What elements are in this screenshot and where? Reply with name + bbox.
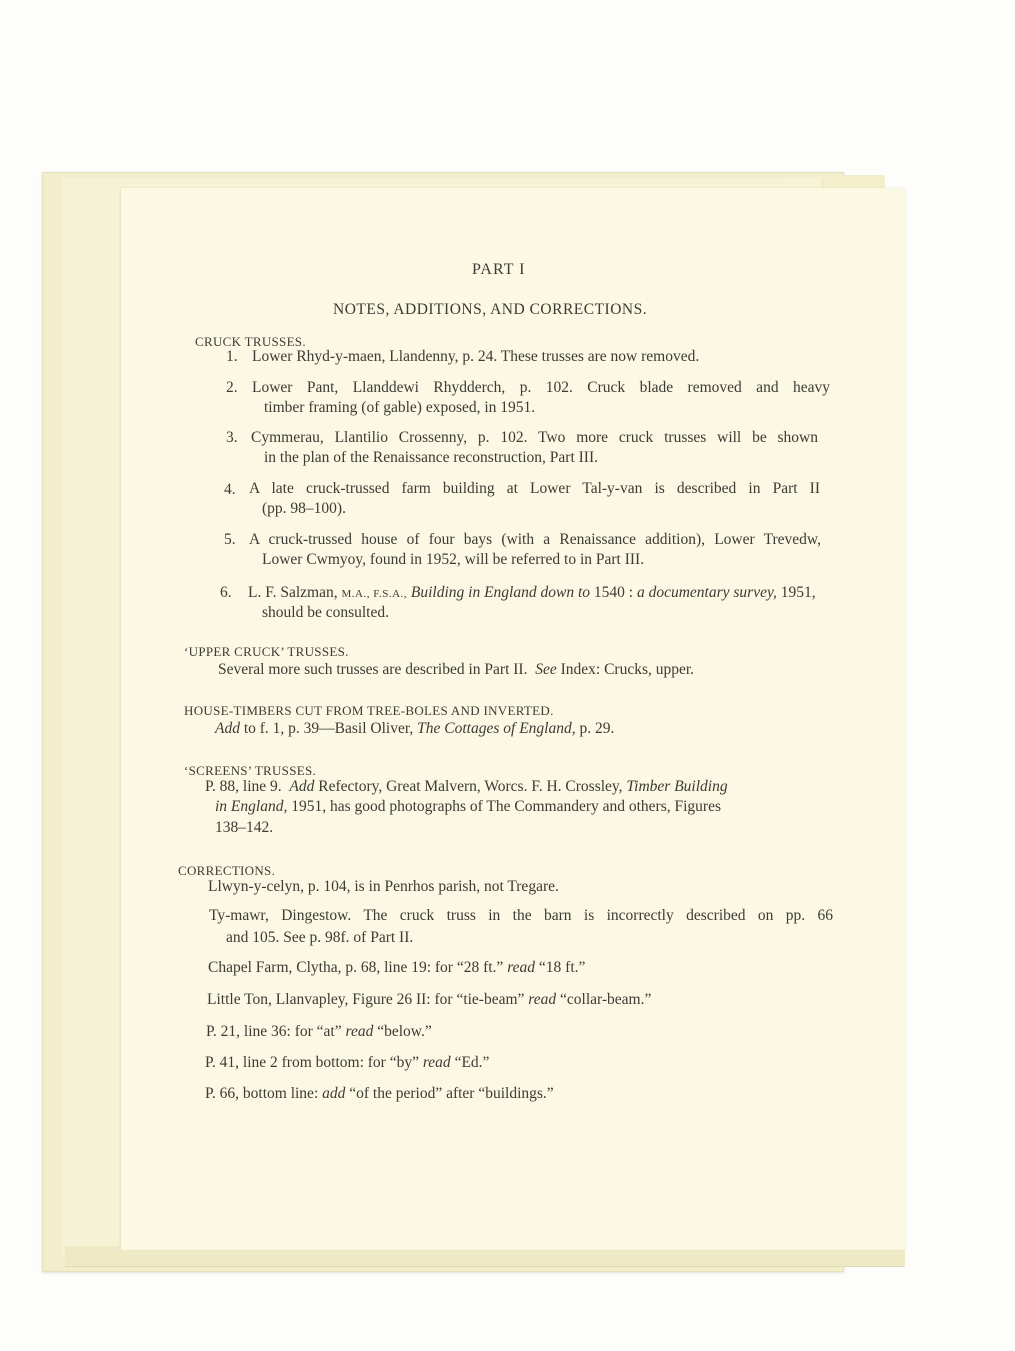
section-text: Several more such trusses are described … <box>218 660 694 680</box>
page-content: PART I NOTES, ADDITIONS, AND CORRECTIONS… <box>0 0 1015 1351</box>
item-number: 2. <box>226 378 238 398</box>
section-text: 138–142. <box>215 818 273 838</box>
item-text: (pp. 98–100). <box>262 499 346 519</box>
item-number: 1. <box>226 347 238 367</box>
text: and 105. See p. 98f. of Part II. <box>226 928 413 948</box>
section-text: in England, 1951, has good photographs o… <box>215 797 721 817</box>
text: “of the period” after “buildings.” <box>349 1085 553 1102</box>
correction-entry: Little Ton, Llanvapley, Figure 26 II: fo… <box>207 990 651 1010</box>
section-text: P. 88, line 9. Add Refectory, Great Malv… <box>205 777 728 797</box>
text: Several more such trusses are described … <box>218 661 527 678</box>
item-text: should be consulted. <box>262 603 389 623</box>
text: P. 41, line 2 from bottom: for “by” <box>205 1054 419 1071</box>
read-label: read <box>423 1054 451 1071</box>
item-text: Lower Cwmyoy, found in 1952, will be ref… <box>262 550 644 570</box>
correction-entry: Llwyn-y-celyn, p. 104, is in Penrhos par… <box>208 877 559 897</box>
item-text: A late cruck-trussed farm building at Lo… <box>249 479 820 499</box>
year-text: 1951, <box>781 584 816 601</box>
item-number: 3. <box>226 428 238 448</box>
item-text: timber framing (of gable) exposed, in 19… <box>264 398 535 418</box>
book-title: The Cottages of England, <box>417 720 575 737</box>
item-text: A cruck-trussed house of four bays (with… <box>249 530 821 550</box>
book-title: Timber Building <box>626 778 727 795</box>
text: to f. 1, p. 39—Basil Oliver, <box>244 720 413 737</box>
item-number: 6. <box>220 583 232 603</box>
section-heading-upper-cruck: ‘UPPER CRUCK’ TRUSSES. <box>184 642 349 662</box>
author-degrees: M.A., F.S.A., <box>341 588 407 600</box>
text: Index: Crucks, upper. <box>561 661 694 678</box>
page-title: NOTES, ADDITIONS, AND CORRECTIONS. <box>333 300 647 320</box>
text: Chapel Farm, Clytha, p. 68, line 19: for… <box>208 959 503 976</box>
read-label: read <box>507 959 535 976</box>
section-heading-house-timbers: HOUSE-TIMBERS CUT FROM TREE-BOLES AND IN… <box>184 701 554 721</box>
item-text: Lower Rhyd-y-maen, Llandenny, p. 24. The… <box>252 347 699 367</box>
text: “below.” <box>377 1023 432 1040</box>
year-text: 1540 : <box>594 584 633 601</box>
item-text: Cymmerau, Llantilio Crossenny, p. 102. T… <box>251 428 818 448</box>
add-label: Add <box>215 720 240 737</box>
text: P. 66, bottom line: <box>205 1085 318 1102</box>
book-title: in England, <box>215 798 287 815</box>
see-reference: See <box>535 661 557 678</box>
correction-entry: P. 66, bottom line: add “of the period” … <box>205 1084 554 1104</box>
text: “18 ft.” <box>539 959 585 976</box>
book-subtitle: a documentary survey, <box>637 584 777 601</box>
text: “Ed.” <box>455 1054 490 1071</box>
section-text: Add to f. 1, p. 39—Basil Oliver, The Cot… <box>215 719 614 739</box>
correction-entry: P. 41, line 2 from bottom: for “by” read… <box>205 1053 489 1073</box>
text: p. 29. <box>579 720 614 737</box>
text: “collar-beam.” <box>560 991 651 1008</box>
item-number: 5. <box>224 530 236 550</box>
text: 1951, has good photographs of The Comman… <box>291 798 721 815</box>
text: Refectory, Great Malvern, Worcs. F. H. C… <box>318 778 622 795</box>
read-label: read <box>345 1023 373 1040</box>
author-name: L. F. Salzman, <box>248 584 338 601</box>
correction-entry: Chapel Farm, Clytha, p. 68, line 19: for… <box>208 958 585 978</box>
item-number: 4. <box>224 480 236 500</box>
correction-entry: P. 21, line 36: for “at” read “below.” <box>206 1022 432 1042</box>
add-label: Add <box>289 778 314 795</box>
item-text: in the plan of the Renaissance reconstru… <box>264 448 598 468</box>
part-heading: PART I <box>472 260 526 280</box>
item-text: L. F. Salzman, M.A., F.S.A., Building in… <box>248 583 816 604</box>
text: Ty-mawr, Dingestow. The cruck truss in t… <box>209 906 833 926</box>
text: P. 21, line 36: for “at” <box>206 1023 342 1040</box>
text: Little Ton, Llanvapley, Figure 26 II: fo… <box>207 991 524 1008</box>
book-title: Building in England down to <box>411 584 590 601</box>
read-label: read <box>528 991 556 1008</box>
add-label: add <box>322 1085 345 1102</box>
item-text: Lower Pant, Llanddewi Rhydderch, p. 102.… <box>252 378 830 398</box>
text: P. 88, line 9. <box>205 778 282 795</box>
